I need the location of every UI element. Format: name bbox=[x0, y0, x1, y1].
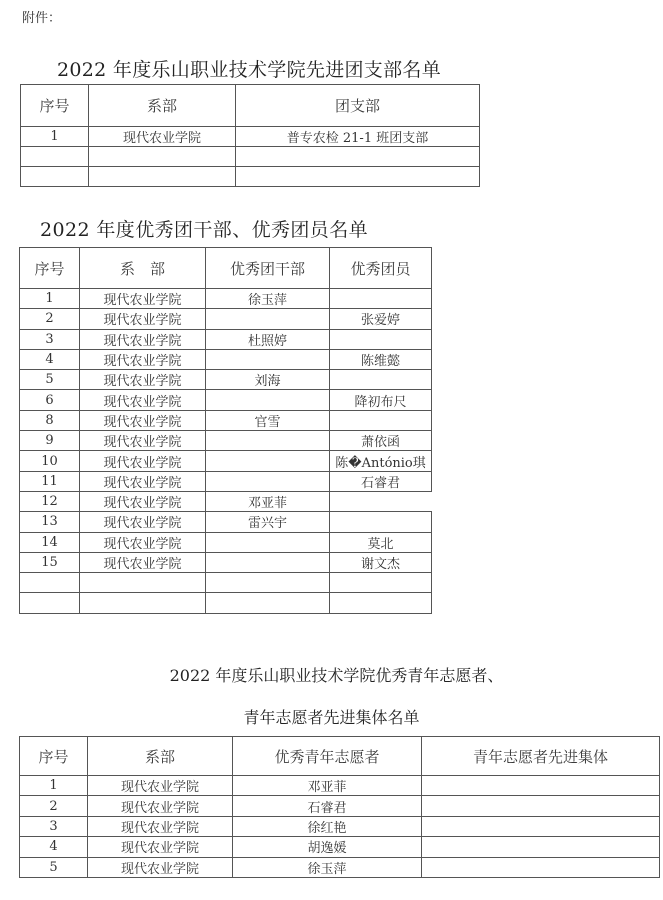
cell-volunteer-group bbox=[422, 857, 660, 877]
cell-cadre bbox=[206, 309, 330, 329]
table-row: 9现代农业学院萧依函 bbox=[20, 431, 432, 451]
cell-index: 1 bbox=[21, 127, 89, 147]
cell-volunteer: 石睿君 bbox=[233, 796, 422, 816]
table-row: 2现代农业学院张爱婷 bbox=[20, 309, 432, 329]
outstanding-volunteers-table: 序号 系部 优秀青年志愿者 青年志愿者先进集体 1现代农业学院邓亚菲 2现代农业… bbox=[19, 736, 660, 878]
table-row bbox=[20, 573, 432, 593]
cell-index: 12 bbox=[20, 491, 80, 511]
cell-department: 现代农业学院 bbox=[80, 451, 206, 471]
cell-member bbox=[330, 289, 432, 309]
cell-member: 谢文杰 bbox=[330, 552, 432, 572]
column-header-department: 系 部 bbox=[80, 248, 206, 289]
table-row: 11现代农业学院石睿君 bbox=[20, 471, 432, 491]
cell-member: 陈�António琪 bbox=[330, 451, 432, 471]
cell-department bbox=[89, 147, 236, 167]
cell-department: 现代农业学院 bbox=[80, 390, 206, 410]
cell-index: 9 bbox=[20, 431, 80, 451]
table-row: 3现代农业学院徐红艳 bbox=[20, 816, 660, 836]
cell-volunteer-group bbox=[422, 776, 660, 796]
cell-index: 4 bbox=[20, 837, 88, 857]
cell-department: 现代农业学院 bbox=[80, 491, 206, 511]
table3-title-line2: 青年志愿者先进集体名单 bbox=[0, 705, 663, 728]
cell-cadre bbox=[206, 349, 330, 369]
cell-member: 萧依函 bbox=[330, 431, 432, 451]
column-header-outstanding-cadre: 优秀团干部 bbox=[206, 248, 330, 289]
cell-index: 15 bbox=[20, 552, 80, 572]
cell-index: 1 bbox=[20, 289, 80, 309]
cell-cadre bbox=[206, 532, 330, 552]
table-row: 12现代农业学院邓亚菲 bbox=[20, 491, 432, 511]
cell-department bbox=[89, 167, 236, 187]
cell-department: 现代农业学院 bbox=[88, 776, 233, 796]
column-header-volunteer-group: 青年志愿者先进集体 bbox=[422, 737, 660, 776]
column-header-index: 序号 bbox=[20, 248, 80, 289]
cell-index: 6 bbox=[20, 390, 80, 410]
table-row bbox=[21, 167, 480, 187]
cell-index bbox=[20, 593, 80, 613]
cell-index bbox=[20, 573, 80, 593]
cell-league-branch bbox=[236, 147, 480, 167]
cell-index: 10 bbox=[20, 451, 80, 471]
cell-member: 张爱婷 bbox=[330, 309, 432, 329]
cell-league-branch: 普专农检 21-1 班团支部 bbox=[236, 127, 480, 147]
cell-index: 1 bbox=[20, 776, 88, 796]
cell-index: 5 bbox=[20, 857, 88, 877]
cell-department: 现代农业学院 bbox=[80, 349, 206, 369]
column-header-outstanding-volunteer: 优秀青年志愿者 bbox=[233, 737, 422, 776]
cell-department bbox=[80, 573, 206, 593]
table-row: 6现代农业学院降初布尺 bbox=[20, 390, 432, 410]
cell-index: 4 bbox=[20, 349, 80, 369]
cell-department: 现代农业学院 bbox=[80, 410, 206, 430]
cell-volunteer: 徐红艳 bbox=[233, 816, 422, 836]
table-row: 14现代农业学院莫北 bbox=[20, 532, 432, 552]
cell-index bbox=[21, 167, 89, 187]
cell-cadre bbox=[206, 451, 330, 471]
table-row: 15现代农业学院谢文杰 bbox=[20, 552, 432, 572]
cell-index: 14 bbox=[20, 532, 80, 552]
table-row bbox=[21, 147, 480, 167]
advanced-league-branch-table: 序号 系部 团支部 1 现代农业学院 普专农检 21-1 班团支部 bbox=[20, 84, 480, 187]
column-header-department: 系部 bbox=[89, 85, 236, 127]
cell-index: 13 bbox=[20, 512, 80, 532]
table-row: 4现代农业学院胡逸媛 bbox=[20, 837, 660, 857]
table1-title: 2022 年度乐山职业技术学院先进团支部名单 bbox=[57, 55, 441, 82]
cell-cadre: 官雪 bbox=[206, 410, 330, 430]
cell-member bbox=[330, 512, 432, 532]
cell-cadre bbox=[206, 573, 330, 593]
table-row: 4现代农业学院陈维懿 bbox=[20, 349, 432, 369]
cell-department: 现代农业学院 bbox=[80, 329, 206, 349]
table-row bbox=[20, 593, 432, 613]
table-row: 1现代农业学院邓亚菲 bbox=[20, 776, 660, 796]
table-row: 13现代农业学院雷兴宇 bbox=[20, 512, 432, 532]
table3-title-line1: 2022 年度乐山职业技术学院优秀青年志愿者、 bbox=[0, 663, 663, 686]
table-row: 2现代农业学院石睿君 bbox=[20, 796, 660, 816]
table-header-row: 序号 系部 团支部 bbox=[21, 85, 480, 127]
cell-cadre: 邓亚菲 bbox=[206, 491, 330, 511]
cell-volunteer: 邓亚菲 bbox=[233, 776, 422, 796]
cell-department: 现代农业学院 bbox=[80, 431, 206, 451]
cell-index: 2 bbox=[20, 796, 88, 816]
cell-index bbox=[21, 147, 89, 167]
column-header-department: 系部 bbox=[88, 737, 233, 776]
cell-department: 现代农业学院 bbox=[80, 471, 206, 491]
cell-cadre: 徐玉萍 bbox=[206, 289, 330, 309]
cell-member bbox=[330, 593, 432, 613]
cell-department: 现代农业学院 bbox=[80, 309, 206, 329]
cell-volunteer: 徐玉萍 bbox=[233, 857, 422, 877]
table-row: 10现代农业学院陈�António琪 bbox=[20, 451, 432, 471]
cell-member bbox=[330, 329, 432, 349]
cell-cadre bbox=[206, 431, 330, 451]
cell-cadre: 杜照婷 bbox=[206, 329, 330, 349]
cell-index: 11 bbox=[20, 471, 80, 491]
cell-index: 5 bbox=[20, 370, 80, 390]
table-row: 5现代农业学院徐玉萍 bbox=[20, 857, 660, 877]
column-header-outstanding-member: 优秀团员 bbox=[330, 248, 432, 289]
cell-member: 石睿君 bbox=[330, 471, 432, 491]
cell-member bbox=[330, 410, 432, 430]
cell-volunteer-group bbox=[422, 816, 660, 836]
column-header-league-branch: 团支部 bbox=[236, 85, 480, 127]
column-header-index: 序号 bbox=[21, 85, 89, 127]
cell-member bbox=[330, 370, 432, 390]
cell-cadre bbox=[206, 552, 330, 572]
table-header-row: 序号 系部 优秀青年志愿者 青年志愿者先进集体 bbox=[20, 737, 660, 776]
cell-member: 降初布尺 bbox=[330, 390, 432, 410]
cell-department: 现代农业学院 bbox=[89, 127, 236, 147]
cell-department: 现代农业学院 bbox=[80, 552, 206, 572]
attachment-label: 附件： bbox=[22, 7, 61, 26]
table2-title: 2022 年度优秀团干部、优秀团员名单 bbox=[40, 215, 368, 242]
cell-cadre bbox=[206, 593, 330, 613]
cell-volunteer: 胡逸媛 bbox=[233, 837, 422, 857]
cell-member bbox=[330, 491, 432, 511]
cell-volunteer-group bbox=[422, 796, 660, 816]
cell-volunteer-group bbox=[422, 837, 660, 857]
cell-department: 现代农业学院 bbox=[80, 370, 206, 390]
cell-cadre bbox=[206, 390, 330, 410]
column-header-index: 序号 bbox=[20, 737, 88, 776]
outstanding-cadres-members-table: 序号 系 部 优秀团干部 优秀团员 1现代农业学院徐玉萍 2现代农业学院张爱婷 … bbox=[19, 247, 432, 614]
table-header-row: 序号 系 部 优秀团干部 优秀团员 bbox=[20, 248, 432, 289]
cell-department: 现代农业学院 bbox=[88, 837, 233, 857]
table-row: 1现代农业学院徐玉萍 bbox=[20, 289, 432, 309]
cell-league-branch bbox=[236, 167, 480, 187]
cell-cadre: 刘海 bbox=[206, 370, 330, 390]
cell-member: 陈维懿 bbox=[330, 349, 432, 369]
cell-index: 8 bbox=[20, 410, 80, 430]
cell-index: 3 bbox=[20, 816, 88, 836]
table-row: 5现代农业学院刘海 bbox=[20, 370, 432, 390]
cell-index: 2 bbox=[20, 309, 80, 329]
table-row: 3现代农业学院杜照婷 bbox=[20, 329, 432, 349]
table-row: 1 现代农业学院 普专农检 21-1 班团支部 bbox=[21, 127, 480, 147]
cell-department bbox=[80, 593, 206, 613]
cell-member: 莫北 bbox=[330, 532, 432, 552]
cell-department: 现代农业学院 bbox=[80, 512, 206, 532]
cell-member bbox=[330, 573, 432, 593]
cell-department: 现代农业学院 bbox=[80, 289, 206, 309]
cell-department: 现代农业学院 bbox=[80, 532, 206, 552]
cell-cadre: 雷兴宇 bbox=[206, 512, 330, 532]
cell-department: 现代农业学院 bbox=[88, 857, 233, 877]
cell-department: 现代农业学院 bbox=[88, 796, 233, 816]
table-row: 8现代农业学院官雪 bbox=[20, 410, 432, 430]
cell-cadre bbox=[206, 471, 330, 491]
cell-index: 3 bbox=[20, 329, 80, 349]
cell-department: 现代农业学院 bbox=[88, 816, 233, 836]
